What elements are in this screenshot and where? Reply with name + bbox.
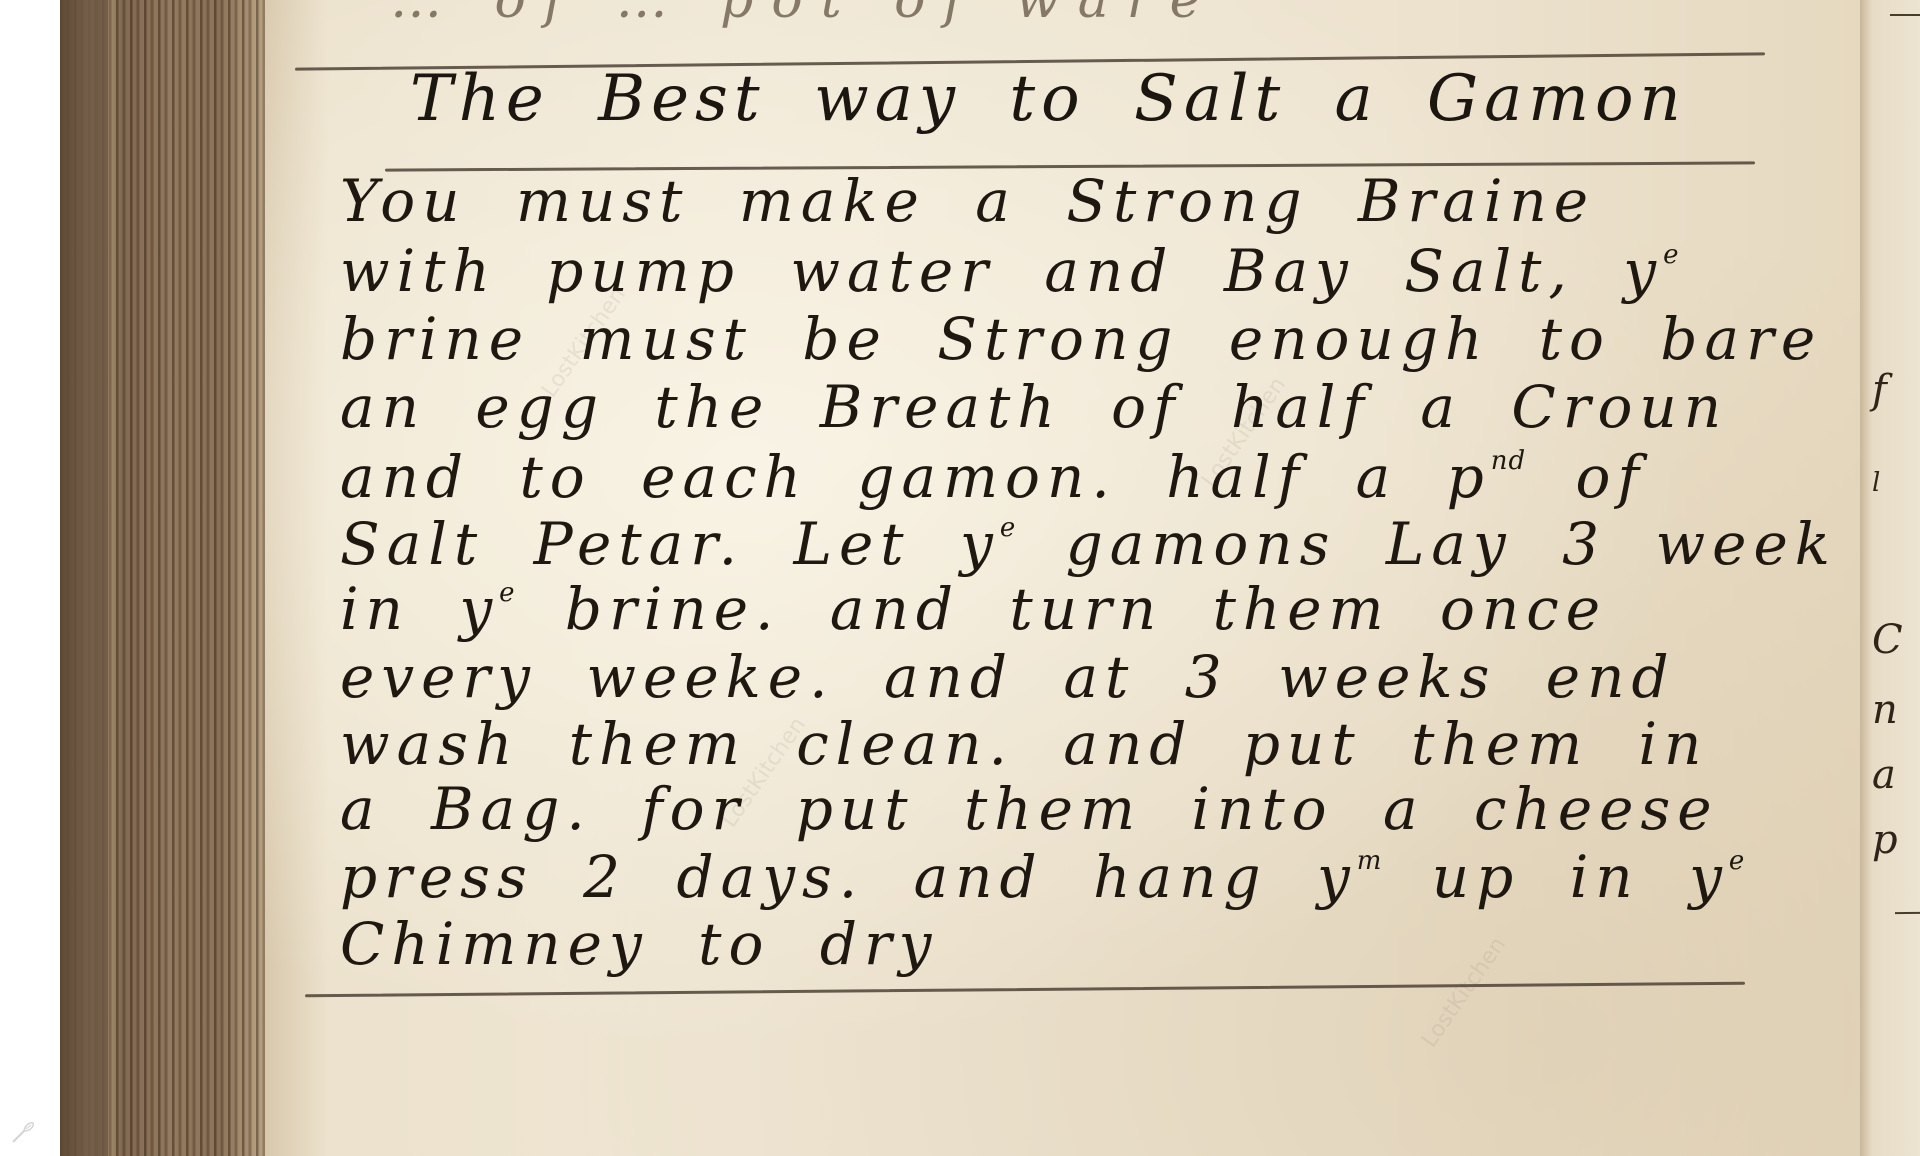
watermark-logo [10, 1118, 38, 1146]
superscript: e [499, 578, 515, 608]
recipe-line: in ye brine. and turn them once [340, 580, 1607, 638]
manuscript-photo: f l C n a p LostKitchen LostKitchen Lost… [0, 0, 1920, 1156]
recipe-title: The Best way to Salt a Gamon [410, 62, 1687, 136]
book-page-edges [60, 0, 270, 1156]
adjacent-page: f l C n a p [1860, 0, 1920, 1156]
whisk-icon [10, 1119, 36, 1145]
superscript: e [1000, 513, 1016, 543]
adjacent-page-rule [1895, 912, 1920, 914]
adjacent-page-letter: C [1872, 620, 1903, 660]
recipe-line: Salt Petar. Let ye gamons Lay 3 week [340, 515, 1837, 573]
previous-recipe-tail: … of … pot of ware [390, 0, 1790, 30]
recipe-line: a Bag. for put them into a cheese [340, 780, 1719, 838]
recipe-line: every weeke. and at 3 weeks end [340, 648, 1676, 706]
recipe-line: brine must be Strong enough to bare [340, 310, 1822, 368]
recipe-line: with pump water and Bay Salt, ye [340, 242, 1679, 300]
book-cover-edge [60, 0, 108, 1156]
adjacent-page-letter: l [1872, 470, 1880, 496]
superscript: e [1663, 240, 1679, 270]
superscript: nd [1491, 446, 1526, 476]
adjacent-page-letter: f [1872, 370, 1887, 410]
recipe-line: press 2 days. and hang ym up in ye [340, 848, 1745, 906]
superscript: e [1729, 846, 1745, 876]
adjacent-page-letter: a [1872, 755, 1896, 795]
recipe-line: You must make a Strong Braine [340, 172, 1595, 230]
adjacent-page-letter: p [1872, 820, 1898, 860]
superscript: m [1357, 846, 1383, 876]
adjacent-page-letter: n [1872, 690, 1898, 730]
adjacent-page-rule [1890, 14, 1920, 16]
recipe-line: an egg the Breath of half a Croun [340, 378, 1728, 436]
recipe-line: and to each gamon. half a pnd of [340, 448, 1646, 506]
recipe-line: Chimney to dry [340, 915, 938, 973]
recipe-line: wash them clean. and put them in [340, 715, 1708, 773]
